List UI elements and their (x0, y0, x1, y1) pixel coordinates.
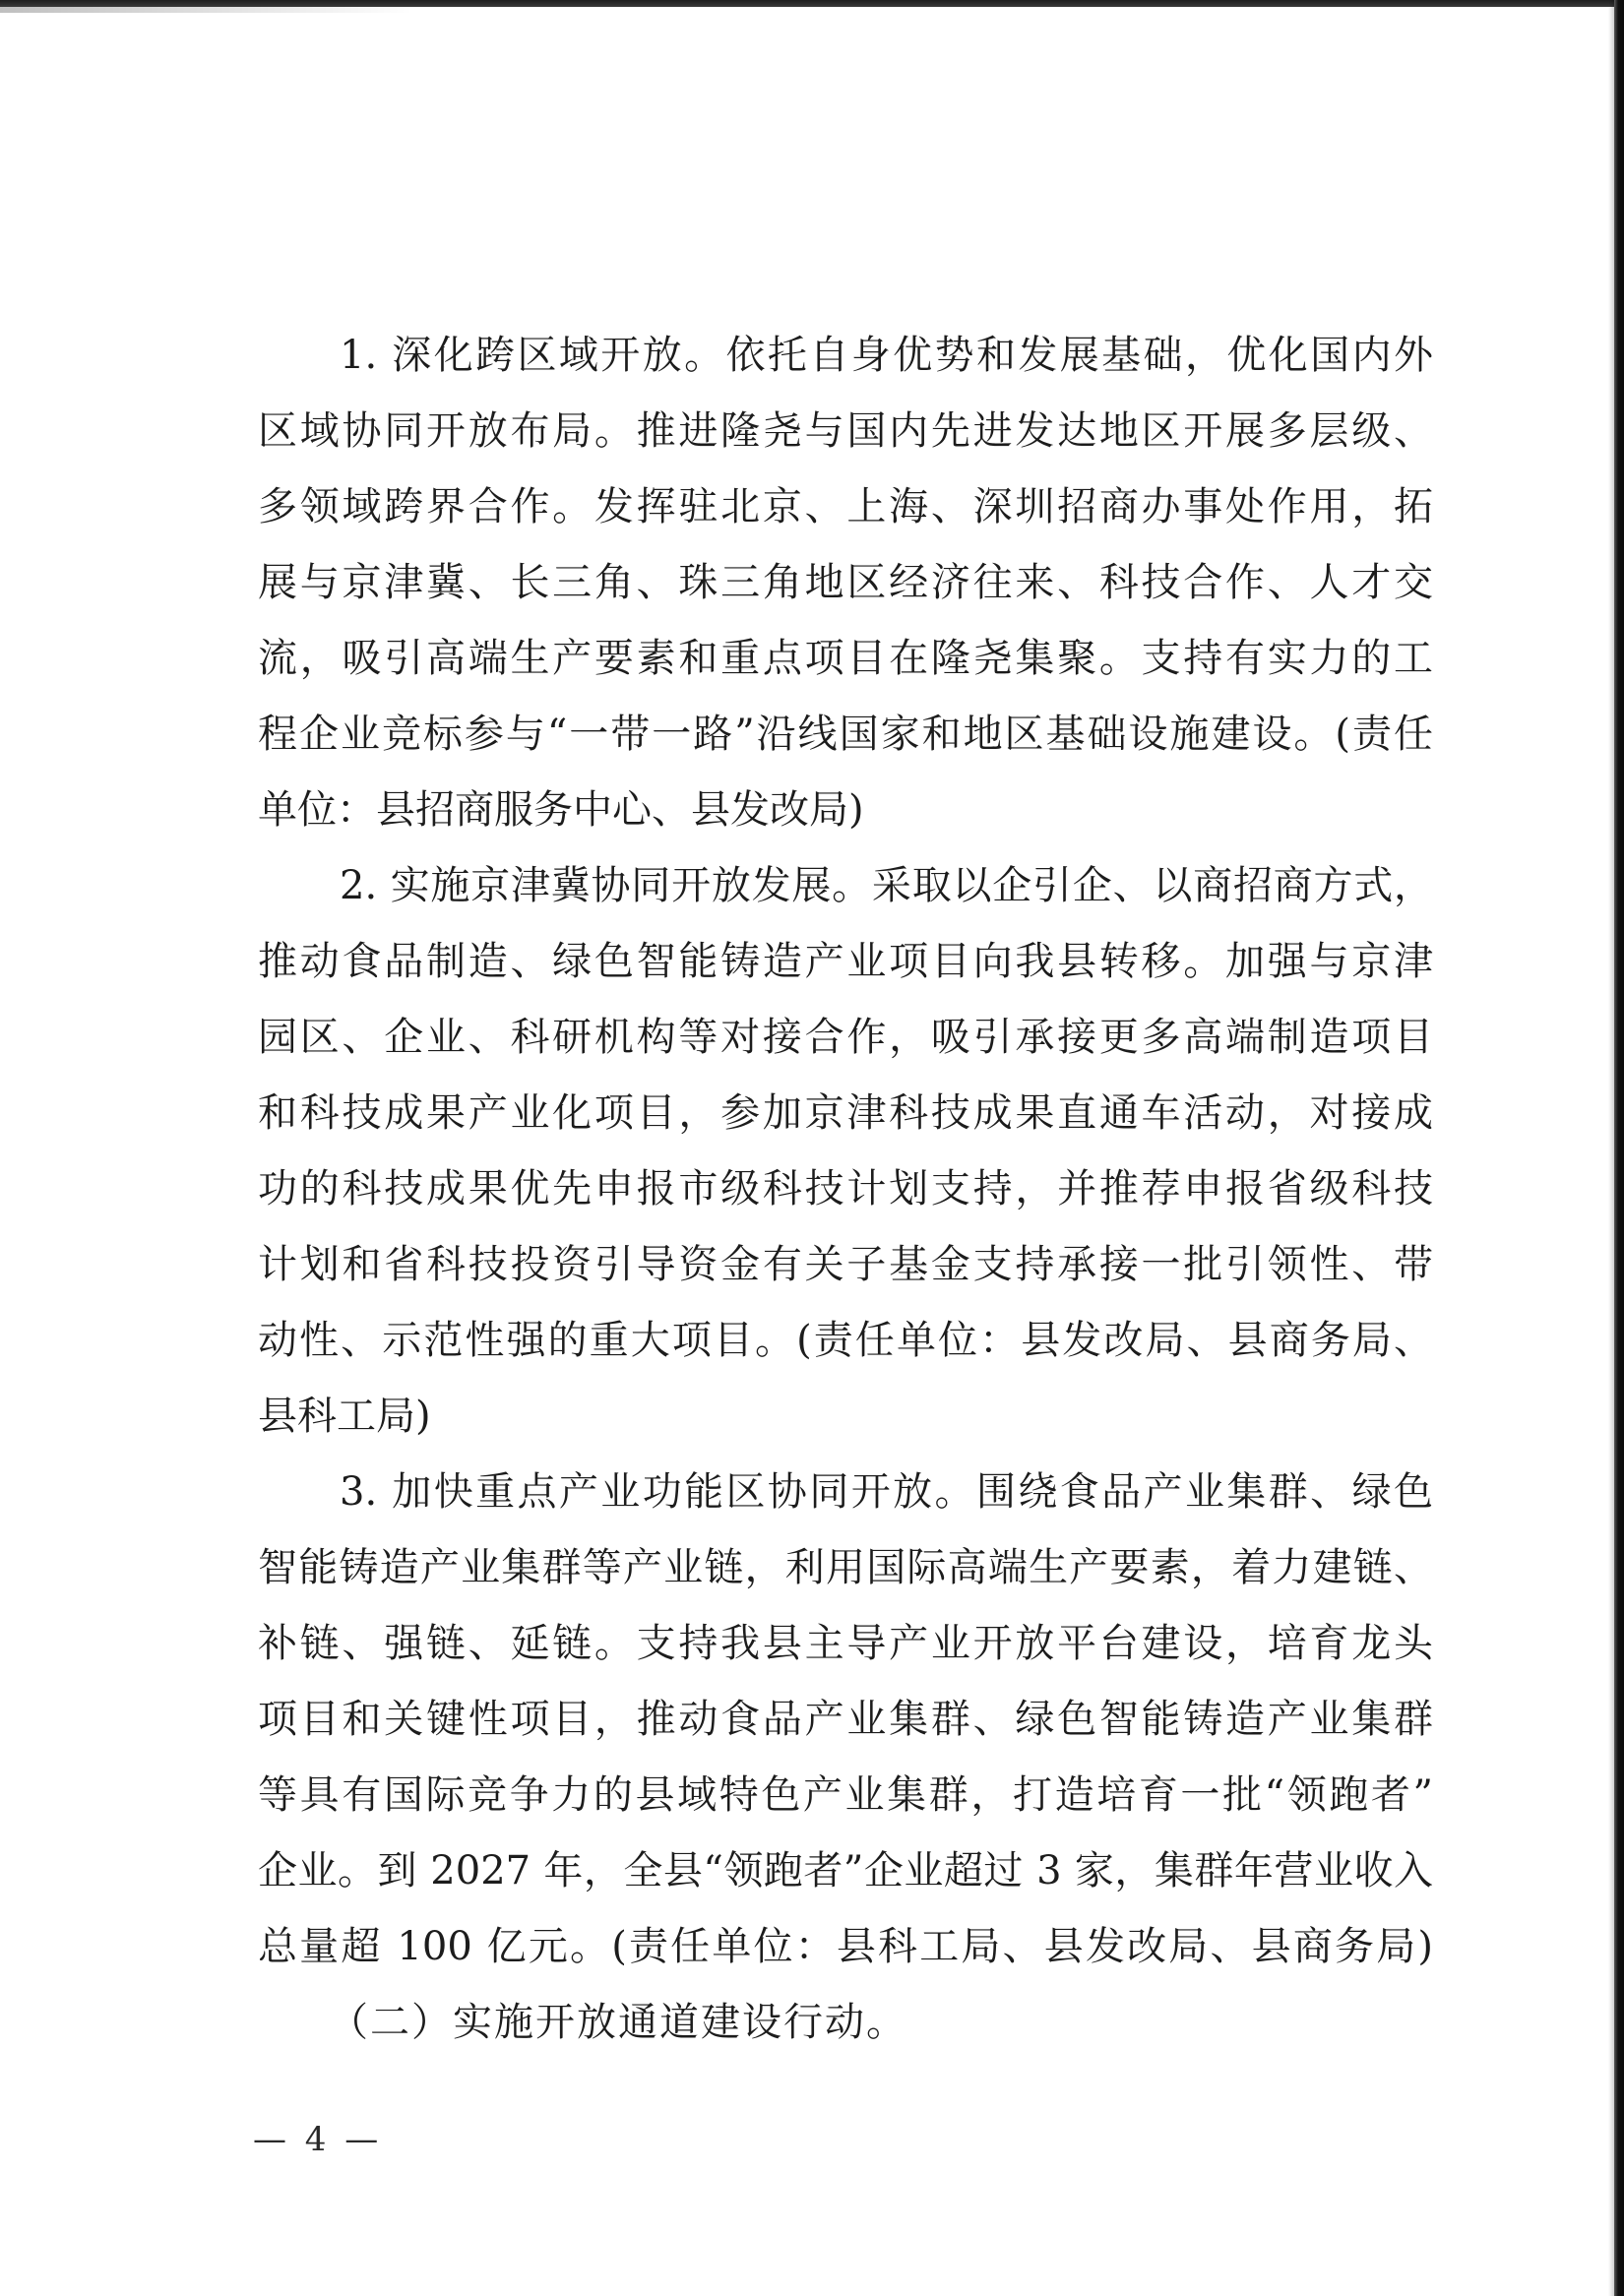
text-line: 2. 实施京津冀协同开放发展。采取以企引企、以商招商方式， (258, 859, 1433, 935)
section-heading: （二）实施开放通道建设行动。 (258, 1996, 1433, 2072)
text-line: 区域协同开放布局。推进隆尧与国内先进发达地区开展多层级、 (258, 404, 1433, 480)
paragraph-item-2: 2. 实施京津冀协同开放发展。采取以企引企、以商招商方式， 推动食品制造、绿色智… (258, 859, 1433, 1465)
text-line: 单位：县招商服务中心、县发改局) (258, 783, 1433, 859)
page-number: — 4 — (253, 2118, 382, 2161)
text-line: 展与京津冀、长三角、珠三角地区经济往来、科技合作、人才交 (258, 556, 1433, 632)
text-line: 1. 深化跨区域开放。依托自身优势和发展基础，优化国内外 (258, 329, 1433, 404)
scan-top-shadow (0, 7, 413, 13)
text-line: 总量超 100 亿元。(责任单位：县科工局、县发改局、县商务局) (258, 1920, 1433, 1996)
text-line: 流，吸引高端生产要素和重点项目在隆尧集聚。支持有实力的工 (258, 632, 1433, 708)
text-line: 智能铸造产业集群等产业链，利用国际高端生产要素，着力建链、 (258, 1541, 1433, 1617)
text-line: 推动食品制造、绿色智能铸造产业项目向我县转移。加强与京津 (258, 935, 1433, 1011)
text-line: 功的科技成果优先申报市级科技计划支持，并推荐申报省级科技 (258, 1162, 1433, 1238)
text-line: 项目和关键性项目，推动食品产业集群、绿色智能铸造产业集群 (258, 1693, 1433, 1769)
paragraph-item-1: 1. 深化跨区域开放。依托自身优势和发展基础，优化国内外 区域协同开放布局。推进… (258, 329, 1433, 859)
scan-top-edge (0, 0, 1624, 7)
scan-right-edge (1614, 0, 1624, 2296)
text-line: 补链、强链、延链。支持我县主导产业开放平台建设，培育龙头 (258, 1617, 1433, 1693)
text-line: 动性、示范性强的重大项目。(责任单位：县发改局、县商务局、 (258, 1314, 1433, 1390)
text-line: 多领域跨界合作。发挥驻北京、上海、深圳招商办事处作用，拓 (258, 480, 1433, 556)
text-line: 县科工局) (258, 1390, 1433, 1465)
text-line: 企业。到 2027 年，全县“领跑者”企业超过 3 家，集群年营业收入 (258, 1844, 1433, 1920)
document-body: 1. 深化跨区域开放。依托自身优势和发展基础，优化国内外 区域协同开放布局。推进… (258, 329, 1433, 2072)
text-line: 计划和省科技投资引导资金有关子基金支持承接一批引领性、带 (258, 1238, 1433, 1314)
scan-right-shade (1608, 0, 1614, 2296)
text-line: 等具有国际竞争力的县域特色产业集群，打造培育一批“领跑者” (258, 1769, 1433, 1844)
text-line: 程企业竞标参与“一带一路”沿线国家和地区基础设施建设。(责任 (258, 708, 1433, 783)
text-line: 园区、企业、科研机构等对接合作，吸引承接更多高端制造项目 (258, 1011, 1433, 1086)
paragraph-item-3: 3. 加快重点产业功能区协同开放。围绕食品产业集群、绿色 智能铸造产业集群等产业… (258, 1465, 1433, 1996)
text-line: 3. 加快重点产业功能区协同开放。围绕食品产业集群、绿色 (258, 1465, 1433, 1541)
text-line: 和科技成果产业化项目，参加京津科技成果直通车活动，对接成 (258, 1086, 1433, 1162)
